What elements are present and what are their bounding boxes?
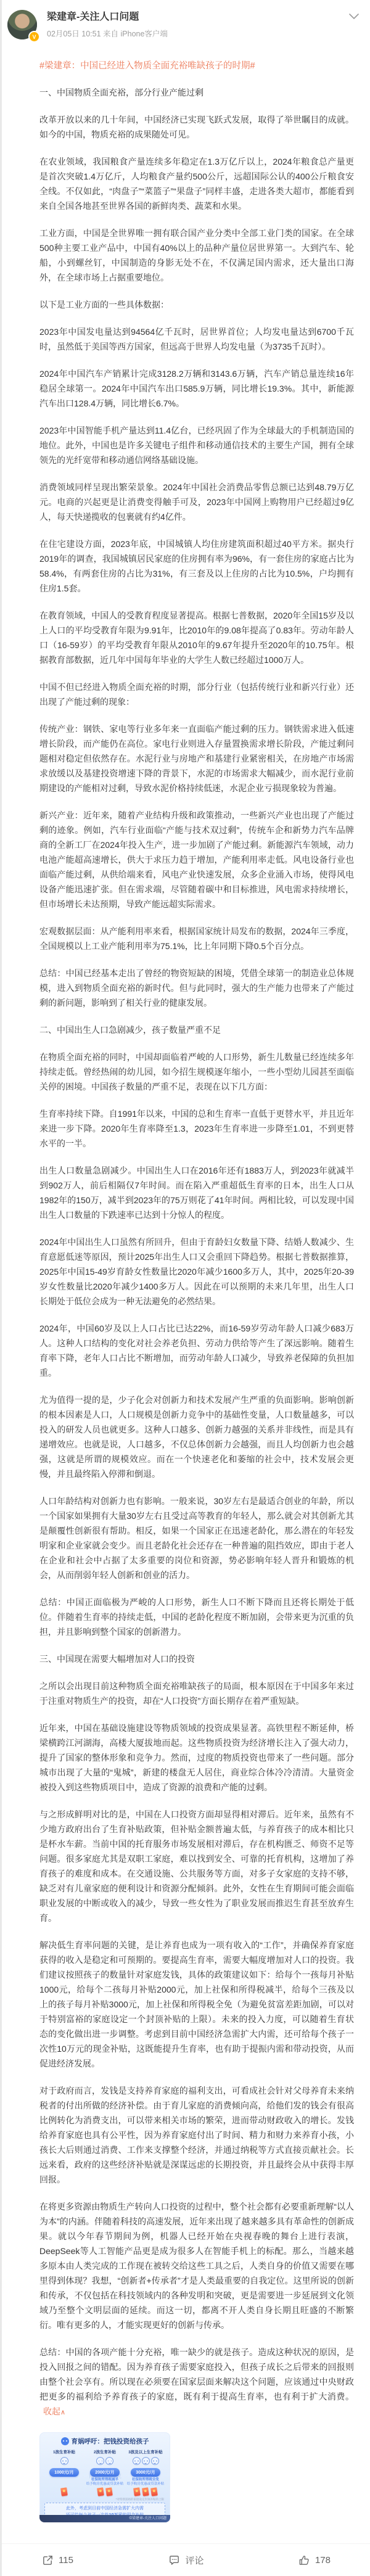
chevron-down-icon[interactable] [349,14,359,20]
post-body: 一、中国物质全面充裕，部分行业产能过剩改革开放以来的几十年间，中国经济已实现飞跃… [39,85,354,2420]
subsidy-notes [44,2478,84,2487]
subsidy-note-line: 给予购房优惠或贷款补贴 [125,2482,166,2487]
screen-edge [0,0,2,2576]
subsidy-notes: 社保和所得税全免给予购房优惠或贷款补贴 [125,2478,166,2487]
post-header: V 梁建章-关注人口问题 02月05日 10:51 来自 iPhone客户端 [0,0,370,49]
post-paragraph: 总结：中国的各项产能十分充裕，唯一缺少的就是孩子。造成这种状况的原因，是投入回报… [39,2345,354,2420]
card-header: 育娲呼吁：把钱投资给孩子 [39,2437,170,2446]
red-envelope-icons [84,2488,125,2498]
card-title: 育娲呼吁：把钱投资给孩子 [72,2437,149,2446]
collapse-caret-icon: ∧ [60,2409,65,2416]
subsidy-amount-badge: 1000元/月 [49,2468,79,2477]
post-paragraph: 2024年，中国60岁及以上人口占比已达22%，而16-59岁劳动年龄人口减少6… [39,1321,354,1380]
subsidy-column-title: 2孩生育补贴 [84,2449,125,2455]
post-paragraph: 对于政府而言，发钱是支持养育家庭的福利支出，可看成社会针对父母养育未来纳税者的付… [39,2083,354,2187]
post-paragraph: 传统产业：钢铁、家电等行业多年来一直面临产能过剩的压力。钢铁需求进入低速增长阶段… [39,722,354,796]
subsidy-column: 3孩及以上生育补贴3000元/月社保和所得税全免给予购房优惠或贷款补贴 [125,2449,166,2498]
post-paragraph: 一、中国物质全面充裕，部分行业产能过剩 [39,85,354,100]
post-paragraph: 在住宅建设方面，2023年底，中国城镇人均住房建筑面积超过40平方米。据央行20… [39,537,354,596]
post-paragraph: 在教育领域，中国人的受教育程度显著提高。根据七普数据，2020年全国15岁及以上… [39,608,354,667]
post-paragraph: 总结：中国正面临极为严峻的人口形势，新生人口不断下降而且还将长期处于低位。伴随着… [39,1595,354,1639]
post-paragraph: 总结：中国已经基本走出了曾经的物资短缺的困境，凭借全球第一的制造业总体规模，进入… [39,966,354,1010]
post-paragraph: 在将更多资源由物质生产转向人口投资的过程中，整个社会都有必要重新理解“以人为本”… [39,2199,354,2332]
subsidy-column-title: 1孩生育补贴 [44,2449,84,2455]
baby-face-icon [105,2457,113,2465]
baby-face-icon [142,2457,150,2465]
post-paragraph: 人口年龄结构对创新力也有影响。一般来说，30岁左右是最适合创业的年龄，所以一个国… [39,1494,354,1582]
card-credit: ©梁建章-关注人口问题 [39,2515,170,2522]
post-paragraph: 2024年中国汽车产销累计完成3128.2万辆和3143.6万辆，汽车产销总量连… [39,366,354,411]
subsidy-infographic-card[interactable]: 育娲呼吁：把钱投资给孩子 1孩生育补贴1000元/月2孩生育补贴2000元/月社… [39,2432,170,2522]
subsidy-note-line: 社保和所得税全免 [125,2478,166,2482]
red-envelope-icon [142,2487,149,2496]
post-paragraph: 二、中国出生人口急剧减少，孩子数量严重不足 [39,1023,354,1037]
post-paragraph: 解决低生育率问题的关键，是让养育也成为一项有收入的“工作”，并确保养育家庭获得的… [39,1938,354,2071]
post-paragraph: 宏观数据层面：从产能利用率来看，根据国家统计局发布的数据，2024年三季度，全国… [39,924,354,953]
red-envelope-icon [60,2487,68,2496]
post-paragraph: 消费领域同样呈现出繁荣景象。2024年中国社会消费品零售总额已达到48.79万亿… [39,480,354,524]
baby-icons [44,2457,84,2466]
card-columns: 1孩生育补贴1000元/月2孩生育补贴2000元/月社保和所得税减半给予购房优惠… [39,2446,170,2498]
post-paragraph: 尤为值得一提的是，少子化会对创新力和技术发展产生严重的负面影响。影响创新的根本因… [39,1393,354,1481]
verified-badge-icon: V [28,31,40,43]
share-button[interactable]: 115 [0,2554,138,2566]
subsidy-column-title: 3孩及以上生育补贴 [125,2449,166,2455]
subsidy-notes: 社保和所得税减半给予购房优惠或贷款补贴 [84,2478,125,2487]
baby-face-icon [133,2457,141,2465]
subsidy-amount-badge: 2000元/月 [90,2468,120,2477]
comment-button[interactable]: 评论 [138,2554,234,2567]
post-paragraph: 三、中国现在需要大幅增加对人口的投资 [39,1652,354,1666]
post-paragraph: 与之形成鲜明对比的是，中国在人口投资方面却显得相对滞后。近年来，虽然有不少地方政… [39,1807,354,1925]
red-envelope-icons [125,2488,166,2498]
post-paragraph: 之所以会出现目前这种物质全面充裕唯缺孩子的局面，根本原因在于中国多年来过于注重对… [39,1679,354,1708]
thumbs-up-icon [298,2554,310,2566]
red-envelope-icons [44,2488,84,2498]
post-paragraph: 中国不但已经进入物质全面充裕的时期，部分行业（包括传统行业和新兴行业）还出现了产… [39,680,354,709]
baby-logo-icon [61,2437,69,2445]
post-paragraph: 工业方面，中国是全世界唯一拥有联合国产业分类中全部工业门类的国家。在全球500种… [39,226,354,285]
post-paragraph: 在物质全面充裕的同时，中国却面临着严峻的人口形势，新生儿数量已经连续多年持续走低… [39,1050,354,1094]
collapse-link[interactable]: 收起∧ [43,2406,65,2416]
card-footnote: *对特别富裕的家庭设定封顶补贴的上限 [39,2498,164,2501]
subsidy-note-line: 社保和所得税减半 [84,2478,125,2482]
post-paragraph: 生育率持续下降。自1991年以来，中国的总和生育率一直低于更替水平，并且近年来进… [39,1106,354,1151]
post-paragraph: 近年来，中国在基础设施建设等物质领域的投资成果显著。高铁里程不断延伸，桥梁横跨江… [39,1721,354,1795]
post-paragraph: 2023年中国智能手机产量达到11.4亿台，已经巩固了作为全球最大的手机制造国的… [39,423,354,467]
subsidy-column: 1孩生育补贴1000元/月 [44,2449,84,2498]
comment-label: 评论 [185,2554,203,2567]
comment-icon [168,2554,180,2566]
share-icon [42,2554,54,2566]
baby-face-icon [96,2457,104,2465]
post-paragraph: 在农业领域，我国粮食产量连续多年稳定在1.3万亿斤以上，2024年粮食总产量更是… [39,154,354,213]
like-count: 178 [315,2555,331,2566]
post-paragraph: 2023年中国发电量达到94564亿千瓦时，居世界首位；人均发电量达到6700千… [39,324,354,354]
red-envelope-icon [150,2487,158,2496]
action-toolbar: 115 评论 178 [0,2543,370,2576]
post-paragraph: 2024年中国出生人口虽然有所回升，但由于育龄妇女数量下降、结婚人数减少、生育意… [39,1235,354,1309]
author-name[interactable]: 梁建章-关注人口问题 [47,10,358,23]
topic-hashtag-link[interactable]: #梁建章：中国已经进入物质全面充裕唯缺孩子的时期# [39,59,355,73]
baby-face-icon [151,2457,159,2465]
baby-icons [84,2457,125,2466]
post-paragraph: 新兴产业：近年来，随着产业结构升级和政策推动，一些新兴产业也出现了产能过剩的迹象… [39,808,354,911]
red-envelope-icon [133,2487,141,2496]
card-bottom-line1: 此外，考虑到目前中国经济急需扩大内需 [46,2505,163,2512]
subsidy-column: 2孩生育补贴2000元/月社保和所得税减半给予购房优惠或贷款补贴 [84,2449,125,2498]
weibo-post-page: V 梁建章-关注人口问题 02月05日 10:51 来自 iPhone客户端 #… [0,0,370,2576]
subsidy-amount-badge: 3000元/月 [131,2468,160,2477]
post-paragraph: 出生人口数量急剧减少。中国出生人口在2016年还有1883万人，到2023年就减… [39,1163,354,1222]
like-button[interactable]: 178 [234,2554,370,2566]
share-count: 115 [59,2555,73,2566]
red-envelope-icon [105,2487,113,2496]
subsidy-note-line: 给予购房优惠或贷款补贴 [84,2482,125,2487]
baby-icons [125,2457,166,2466]
red-envelope-icon [97,2487,104,2496]
post-paragraph: 改革开放以来的几十年间，中国经济已实现飞跃式发展，取得了举世瞩目的成就。如今的中… [39,112,354,142]
baby-face-icon [60,2457,68,2465]
post-paragraph: 以下是工业方面的一些具体数据： [39,297,354,312]
post-meta: 02月05日 10:51 来自 iPhone客户端 [47,28,358,39]
